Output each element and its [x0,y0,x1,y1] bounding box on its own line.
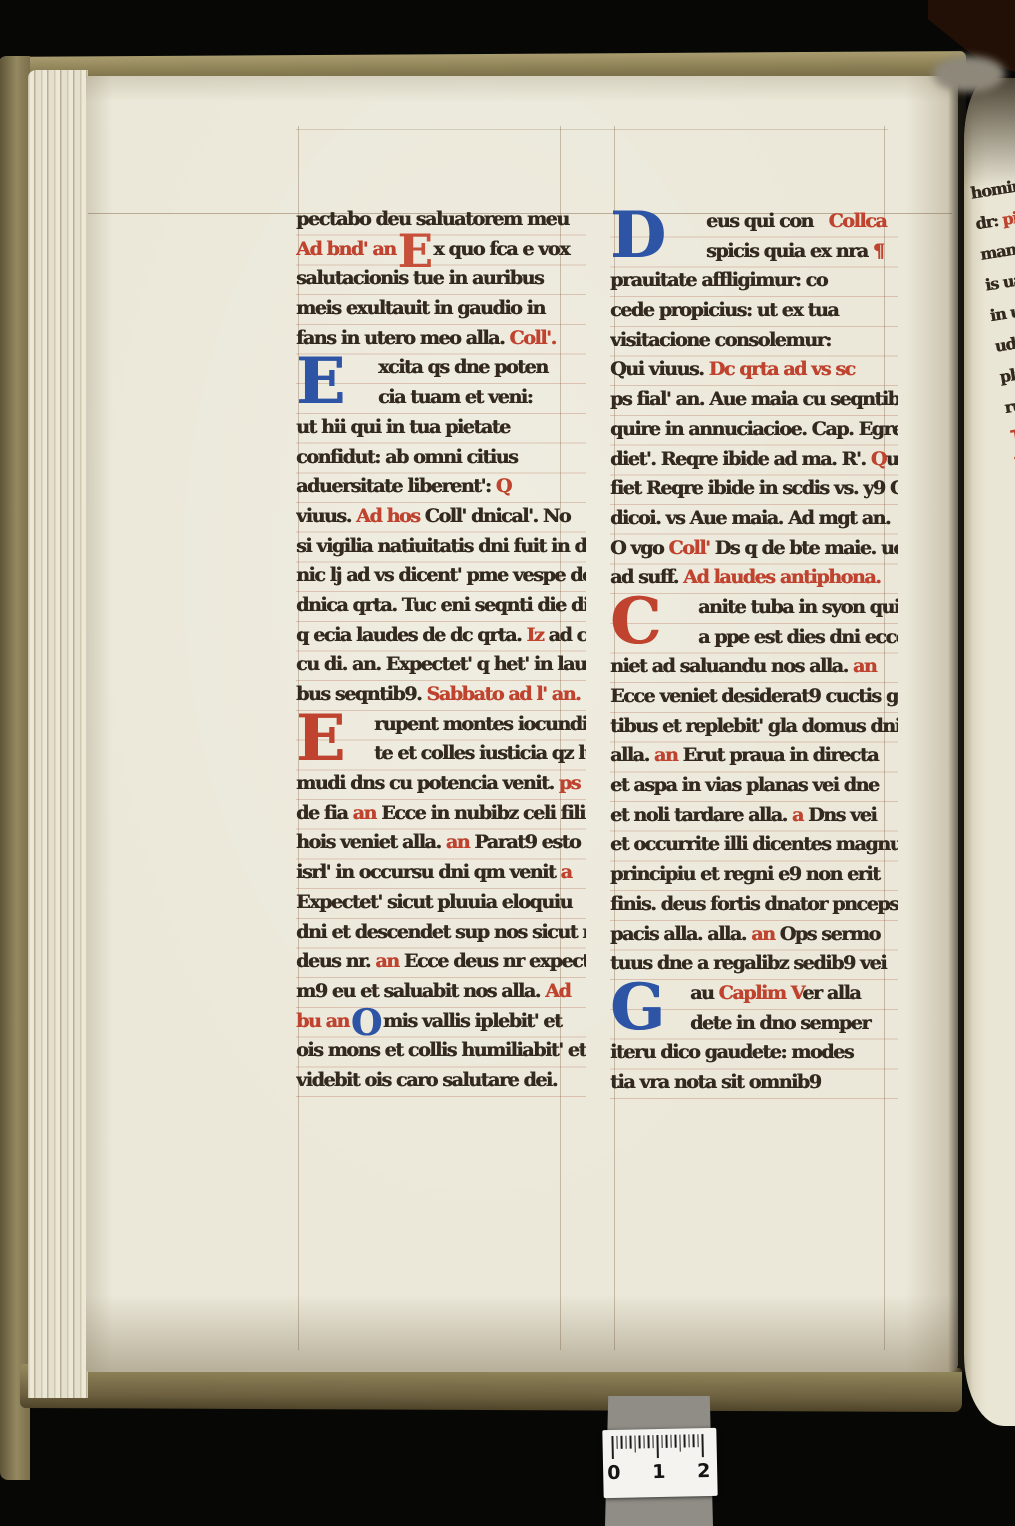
text-segment: Ecce in nubibz celi fili9 [381,802,586,824]
text-segment: bus seqntib9. [296,683,421,705]
text-segment: tibus et replebit' gla domus dni [610,715,898,737]
text-segment: a ppe est dies dni ecce ve [698,626,898,648]
text-segment: Ad bnd' an [296,238,396,260]
facing-page-text: hominib9 uidr: pis9 o r dmanus Ad bnis u… [969,150,1015,1011]
text-segment: Caplim V [719,982,803,1004]
text-segment: Expectet' sicut pluuia eloquiu [296,891,572,913]
ruler-tick [625,1436,627,1449]
text-line: Expectet' sicut pluuia eloquiu [296,891,586,921]
text-segment: principiu et regni e9 non erit [610,863,880,885]
ruler-tick [688,1434,690,1447]
text-segment: viuus. [296,505,351,527]
text-segment: dnica qrta. Tuc eni seqnti die dicet' [296,594,586,616]
ruler-ticks [611,1434,708,1462]
facing-page-edge: hominib9 uidr: pis9 o r dmanus Ad bnis u… [964,78,1015,1426]
illuminated-initial: C [610,596,692,652]
text-segment: isrl' in occursu dni qm venit [296,861,555,883]
text-line: Ecce veniet desiderat9 cuctis gen [610,685,898,715]
text-line: finis. deus fortis dnator pnceps [610,893,898,923]
text-segment: ¶ [873,240,884,262]
text-segment: Iz [521,624,548,646]
text-line: dicoi. vs Aue maia. Ad mgt an. [610,507,898,537]
ruler-tick [670,1435,672,1448]
text-line: viuus. Ad hos Coll' dnical'. No [296,505,586,535]
text-segment: dete in dno semper [690,1012,870,1034]
text-line: pectabo deu saluatorem meu [296,208,586,238]
text-line: q ecia laudes de dc qrta. Iz ad cantu [296,624,586,654]
text-segment: ad cantu [549,624,587,646]
text-segment: iteru dico gaudete: modes [610,1041,853,1063]
text-segment: tuus dne a regalibz sedib9 vei [610,952,886,974]
illuminated-initial: E [1008,425,1015,487]
text-segment: cia tuam et veni: [378,386,532,408]
ruler-tick [611,1436,613,1459]
text-segment: Coll' [668,537,709,559]
facing-page-shadow [964,78,1015,188]
text-segment: xcita qs dne poten [378,356,548,378]
text-segment: rupent montes iocundita [374,713,586,735]
text-segment: Sabbato ad l' an. [421,683,580,705]
ruler-tick [683,1434,685,1447]
cradle-clip [933,56,1005,92]
text-segment: Ops sermo [780,923,880,945]
text-segment: et occurrite illi dicentes magnu [610,833,898,855]
text-segment: dr: [974,210,1004,233]
scale-ruler: 012 [602,1428,717,1498]
text-segment: ps [554,772,580,794]
text-line: Ad bnd' anEx quo fca e vox [296,238,586,268]
text-segment: et noli tardare alla. [610,804,787,826]
text-line: Excita qs dne poten [296,356,586,386]
ruler-tick [697,1434,699,1447]
ruler-tick [692,1434,694,1447]
illuminated-initial: E [296,356,372,412]
text-line: Erupent montes iocundita [296,713,586,743]
text-line: Gau Caplim Ver alla [610,982,898,1012]
ruler-tick [629,1436,631,1449]
ruler-tick [679,1435,681,1452]
text-segment: eus qui con [706,210,813,232]
text-line: Canite tuba in syon qui [610,596,898,626]
text-segment: Ad laudes antiphona. [678,566,881,588]
text-segment: Qui viuus. [610,358,703,380]
text-segment: au [690,982,719,1004]
text-segment: an [746,923,780,945]
text-segment: dicoi. vs Aue maia. Ad mgt an. [610,507,890,529]
text-segment: confidut: ab omni citius [296,446,517,468]
text-segment: a [555,861,571,883]
text-segment: O vgo [610,537,668,559]
text-segment: Ad hos [351,505,425,527]
text-line: hois veniet alla. an Parat9 esto [296,831,586,861]
text-line: ps fial' an. Aue maia cu seqntibz Re [610,388,898,418]
text-line: dnica qrta. Tuc eni seqnti die dicet' [296,594,586,624]
text-segment: Ds q de bte maie. ucs [709,537,898,559]
text-segment: mis vallis iplebit' et [383,1010,562,1032]
ruler-tick [665,1435,667,1448]
text-segment: finis. deus fortis dnator pnceps [610,893,898,915]
text-segment: Ad [540,980,570,1002]
text-segment: te et colles iusticia qz lux [374,742,586,764]
text-segment: x quo fca e vox [433,238,569,260]
text-line: meis exultauit in gaudio in [296,297,586,327]
text-segment: Erut praua in directa [682,744,878,766]
text-segment: cu di. an. Expectet' q het' in laudi [296,653,586,675]
text-segment: nic lj ad vs dicent' pme vespe de [296,564,586,586]
text-segment: Ecce veniet desiderat9 cuctis gen [610,685,898,707]
text-line: bu anOmis vallis iplebit' et [296,1010,586,1040]
text-line: Deus qui con Collca [610,210,898,240]
text-segment: Ecce deus nr expectabi [404,950,586,972]
ruler-tick [616,1436,618,1449]
text-line: diet'. Reqre ibide ad ma. R'. Quo [610,448,898,478]
text-line: tia vra nota sit omnib9 [610,1071,898,1101]
ruling-line [296,129,888,130]
text-segment: fans in utero meo alla. [296,327,504,349]
text-segment: prauitate affligimur: co [610,269,827,291]
ruler-tick [647,1435,649,1448]
text-line: iteru dico gaudete: modes [610,1041,898,1071]
text-line: quire in annuciacioe. Cap. Egre [610,418,898,448]
text-line: salutacionis tue in auribus [296,267,586,297]
text-line: ut hii qui in tua pietate [296,416,586,446]
text-line: Qui viuus. Dc qrta ad vs sc [610,358,898,388]
text-segment: Parat9 esto [474,831,580,853]
text-segment: deus nr. [296,950,370,972]
text-segment: meis exultauit in gaudio in [296,297,545,319]
ruler-tick [634,1436,636,1453]
text-line: alla. an Erut praua in directa [610,744,898,774]
text-segment: an [370,950,404,972]
ruler-tick [643,1435,645,1448]
text-line: ois mons et collis humiliabit' et [296,1039,586,1069]
text-segment: a [787,804,808,826]
ruler-label: 2 [697,1460,709,1482]
text-segment: mudi dns cu potencia venit. [296,772,554,794]
text-segment: an [848,655,877,677]
text-segment: pectabo deu saluatorem meu [296,208,569,230]
text-segment: Q [871,448,886,470]
text-segment: uo [886,448,898,470]
text-line: principiu et regni e9 non erit [610,863,898,893]
text-line: fiet Reqre ibide in scdis vs. y9 Co [610,477,898,507]
text-line: dni et descendet sup nos sicut ros [296,921,586,951]
text-line: cu di. an. Expectet' q het' in laudi [296,653,586,683]
text-column-right: Deus qui con Collcaspicis quia ex nra ¶p… [610,210,898,1112]
ruler-tick [638,1435,640,1448]
text-line: aduersitate liberent': Q [296,475,586,505]
text-line: m9 eu et saluabit nos alla. Ad [296,980,586,1010]
text-segment: tia vra nota sit omnib9 [610,1071,821,1093]
text-segment: ut hii qui in tua pietate [296,416,510,438]
text-segment: si vigilia natiuitatis dni fuit in dc [296,535,586,557]
text-line: de fia an Ecce in nubibz celi fili9 [296,802,586,832]
text-segment: ps fial' an. Aue maia cu seqntibz Re [610,388,898,410]
text-segment: Q [491,475,511,497]
book-cover-left-board [0,56,30,1480]
text-line: pacis alla. alla. an Ops sermo [610,923,898,953]
text-line: tibus et replebit' gla domus dni [610,715,898,745]
text-line: videbit ois caro salutare dei. [296,1069,586,1099]
text-segment: Collca [813,210,886,232]
text-segment: hois veniet alla. [296,831,441,853]
ruler-tick [661,1435,663,1448]
ruler-tick [656,1435,658,1458]
text-segment: ad suff. [610,566,678,588]
ruler-label: 1 [652,1461,664,1483]
text-segment: aduersitate liberent': [296,475,491,497]
text-segment: fiet Reqre ibide in scdis vs. y9 Co [610,477,898,499]
manuscript-photo: pectabo deu saluatorem meuAd bnd' anEx q… [0,0,1015,1526]
text-segment: Coll' dnical'. [425,505,538,527]
text-line: prauitate affligimur: co [610,269,898,299]
text-segment: No [538,505,570,527]
illuminated-initial: D [610,210,700,266]
text-segment: niet ad saluandu nos alla. [610,655,848,677]
text-line: isrl' in occursu dni qm venit a [296,861,586,891]
text-line: si vigilia natiuitatis dni fuit in dc [296,535,586,565]
text-segment: alla. [610,744,649,766]
text-line: nic lj ad vs dicent' pme vespe de [296,564,586,594]
illuminated-initial: G [610,982,684,1038]
text-segment: an [347,802,381,824]
text-line: et noli tardare alla. a Dns vei [610,804,898,834]
text-segment: q ecia laudes de dc qrta. [296,624,521,646]
text-segment: anite tuba in syon qui [698,596,898,618]
text-line: niet ad saluandu nos alla. an [610,655,898,685]
ruler-tick [620,1436,622,1449]
text-segment: an [441,831,475,853]
text-segment: et aspa in vias planas vei dne [610,774,879,796]
ruler-label: 0 [607,1462,619,1484]
text-segment: visitacione consolemur: [610,329,831,351]
text-segment: spicis quia ex nra [706,240,873,262]
text-segment: diet'. Reqre ibide ad ma. R'. [610,448,871,470]
text-segment: de fia [296,802,347,824]
text-segment: pacis alla. alla. [610,923,746,945]
text-segment: quire in annuciacioe. Cap. Egre [610,418,898,440]
text-segment: videbit ois caro salutare dei. [296,1069,557,1091]
text-segment: ois mons et collis humiliabit' et [296,1039,586,1061]
text-segment: dni et descendet sup nos sicut ros [296,921,586,943]
text-segment: cede propicius: ut ex tua [610,299,838,321]
text-segment: salutacionis tue in auribus [296,267,543,289]
text-segment: Dns vei [808,804,876,826]
text-line: mudi dns cu potencia venit. ps [296,772,586,802]
illuminated-initial: E [296,713,368,769]
text-line: O vgo Coll' Ds q de bte maie. ucs [610,537,898,567]
ruler-tick [652,1435,654,1448]
text-segment: er alla [802,982,860,1004]
ruler-tick [674,1435,676,1448]
text-line: cede propicius: ut ex tua [610,299,898,329]
page-edges-stack [28,70,88,1398]
ruler-tick [701,1434,703,1457]
text-line: confidut: ab omni citius [296,446,586,476]
text-line: et occurrite illi dicentes magnu [610,833,898,863]
text-segment: O [351,1002,381,1044]
text-segment: Dc qrta ad vs sc [703,358,854,380]
text-segment: bu an [296,1010,349,1032]
ruler-labels: 012 [612,1460,709,1488]
text-segment: m9 eu et saluabit nos alla. [296,980,540,1002]
text-segment: Coll'. [504,327,555,349]
text-line: deus nr. an Ecce deus nr expectabi [296,950,586,980]
text-segment: an [649,744,683,766]
text-column-left: pectabo deu saluatorem meuAd bnd' anEx q… [296,208,586,1101]
text-line: et aspa in vias planas vei dne [610,774,898,804]
text-line: visitacione consolemur: [610,329,898,359]
